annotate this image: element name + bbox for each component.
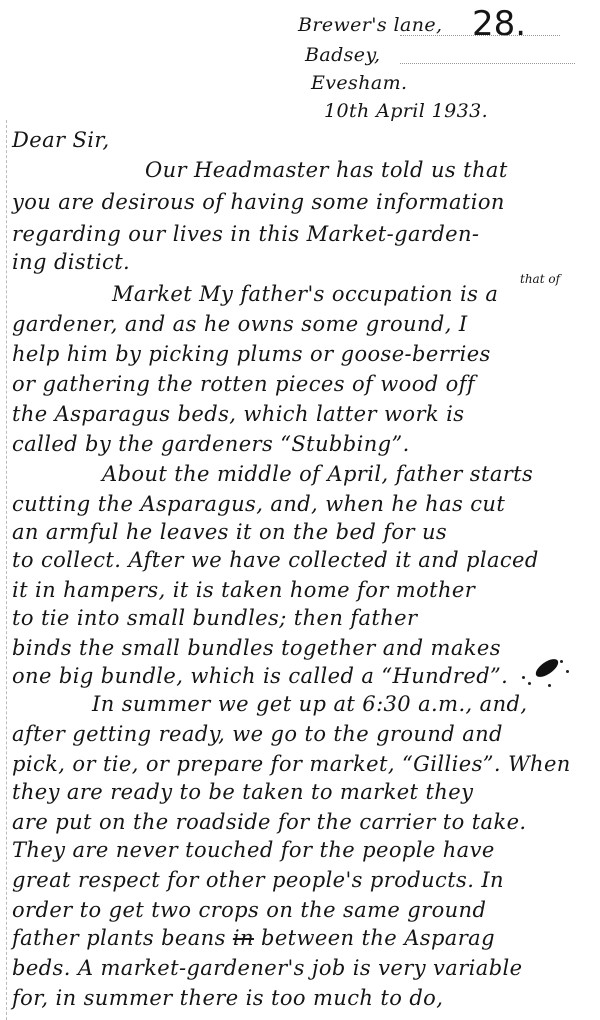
body-line: to collect. After we have collected it a… [12,548,539,572]
body-line: Our Headmaster has told us that [145,158,508,182]
letter-date: 10th April 1933. [324,100,488,122]
body-line: to tie into small bundles; then father [12,606,417,630]
body-line: In summer we get up at 6:30 a.m., and, [92,692,527,716]
insertion-text: that of [520,272,560,286]
body-line-start: father plants beans [12,926,226,950]
address-line-2: Badsey, [305,44,381,66]
ink-spatter [560,660,563,663]
body-line: beds. A market-gardener's job is very va… [12,956,523,980]
body-line: binds the small bundles together and mak… [12,636,501,660]
body-line: order to get two crops on the same groun… [12,898,486,922]
ink-spatter [522,676,525,679]
body-line: they are ready to be taken to market the… [12,780,473,804]
salutation: Dear Sir, [12,128,110,152]
margin-line [6,120,7,1020]
body-line: help him by picking plums or goose-berri… [12,342,491,366]
rule [400,35,560,36]
ink-spatter [566,670,569,673]
address-line-3: Evesham. [311,72,407,94]
body-line: Market My father's occupation is a [112,282,498,306]
body-line: one big bundle, which is called a “Hundr… [12,664,508,688]
body-line: ing distict. [12,250,130,274]
ink-spatter [528,682,531,685]
ink-spatter [548,684,551,687]
body-line: the Asparagus beds, which latter work is [12,402,464,426]
body-line: or gathering the rotten pieces of wood o… [12,372,475,396]
body-line: cutting the Asparagus, and, when he has … [12,492,505,516]
rule [400,63,575,64]
body-line: They are never touched for the people ha… [12,838,495,862]
body-line: you are desirous of having some informat… [12,190,505,214]
letter-page: Brewer's lane, Badsey, Evesham. 10th Apr… [0,0,600,1020]
body-line: About the middle of April, father starts [102,462,533,486]
body-line: an armful he leaves it on the bed for us [12,520,447,544]
body-line: it in hampers, it is taken home for moth… [12,578,475,602]
body-line: pick, or tie, or prepare for market, “Gi… [12,752,571,776]
ink-blot [533,656,561,681]
page-number: 28. [472,4,526,44]
body-line: called by the gardeners “Stubbing”. [12,432,410,456]
struck-word: in [233,926,254,950]
body-line: after getting ready, we go to the ground… [12,722,503,746]
address-line-1: Brewer's lane, [298,14,442,36]
body-line: gardener, and as he owns some ground, I [12,312,468,336]
body-line: for, in summer there is too much to do, [12,986,443,1010]
body-line: are put on the roadside for the carrier … [12,810,527,834]
body-line-end: between the Asparag [261,926,495,950]
body-line: great respect for other people's product… [12,868,504,892]
body-line: father plants beans in between the Aspar… [12,926,495,950]
body-line: regarding our lives in this Market-garde… [12,222,479,246]
